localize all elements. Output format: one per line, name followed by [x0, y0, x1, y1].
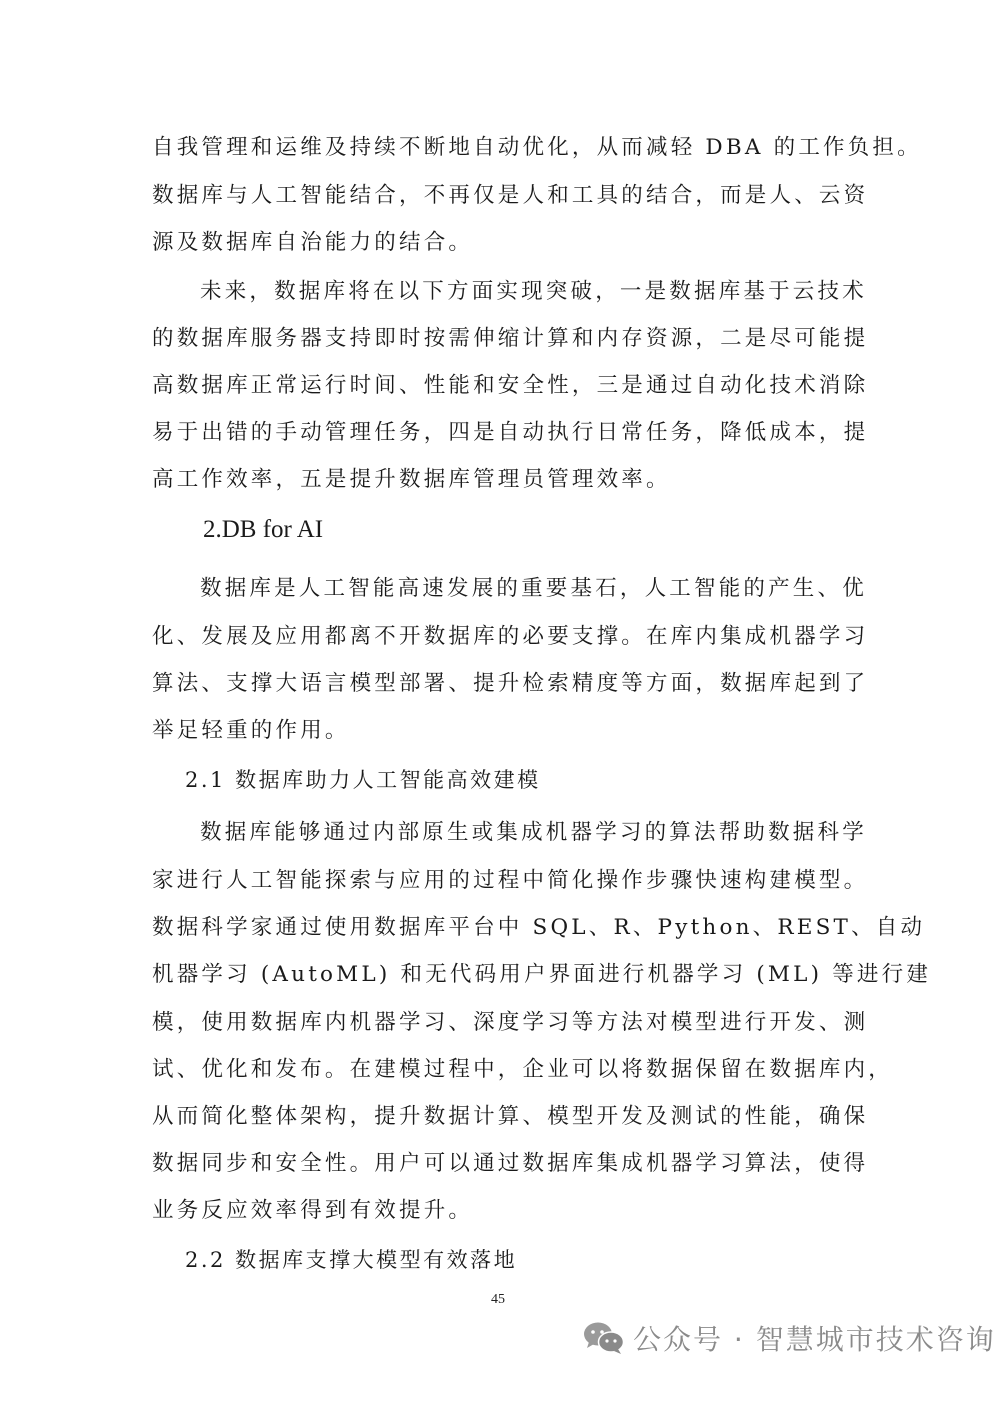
paragraph-line: 举足轻重的作用。 — [152, 716, 872, 746]
paragraph-line: 数据库能够通过内部原生或集成机器学习的算法帮助数据科学 — [200, 818, 920, 848]
subsection-heading: 2.1 数据库助力人工智能高效建模 — [185, 765, 541, 795]
paragraph-line: 数据库是人工智能高速发展的重要基石，人工智能的产生、优 — [200, 574, 920, 604]
paragraph-line: 算法、支撑大语言模型部署、提升检索精度等方面，数据库起到了 — [152, 669, 872, 699]
paragraph-line: 未来，数据库将在以下方面实现突破，一是数据库基于云技术 — [200, 277, 920, 307]
paragraph-line: 的数据库服务器支持即时按需伸缩计算和内存资源，二是尽可能提 — [152, 324, 872, 354]
paragraph-line: 化、发展及应用都离不开数据库的必要支撑。在库内集成机器学习 — [152, 622, 872, 652]
paragraph-line: 数据库与人工智能结合，不再仅是人和工具的结合，而是人、云资 — [152, 181, 872, 211]
wechat-icon — [583, 1320, 625, 1356]
paragraph-line: 试、优化和发布。在建模过程中，企业可以将数据保留在数据库内， — [152, 1055, 872, 1085]
paragraph-line: 机器学习 (AutoML) 和无代码用户界面进行机器学习 (ML) 等进行建 — [152, 960, 872, 990]
watermark-text: 公众号 · 智慧城市技术咨询 — [633, 1318, 996, 1358]
paragraph-line: 自我管理和运维及持续不断地自动优化，从而减轻 DBA 的工作负担。 — [152, 133, 872, 163]
paragraph-line: 易于出错的手动管理任务，四是自动执行日常任务，降低成本，提 — [152, 418, 872, 448]
subsection-heading: 2.2 数据库支撑大模型有效落地 — [185, 1245, 517, 1275]
paragraph-line: 模，使用数据库内机器学习、深度学习等方法对模型进行开发、测 — [152, 1008, 872, 1038]
paragraph-line: 业务反应效率得到有效提升。 — [152, 1196, 872, 1226]
document-page: 自我管理和运维及持续不断地自动优化，从而减轻 DBA 的工作负担。 数据库与人工… — [0, 0, 1000, 1414]
watermark: 公众号 · 智慧城市技术咨询 — [583, 1318, 996, 1358]
page-number: 45 — [491, 1292, 505, 1308]
paragraph-line: 数据同步和安全性。用户可以通过数据库集成机器学习算法，使得 — [152, 1149, 872, 1179]
paragraph-line: 家进行人工智能探索与应用的过程中简化操作步骤快速构建模型。 — [152, 866, 872, 896]
paragraph-line: 高数据库正常运行时间、性能和安全性，三是通过自动化技术消除 — [152, 371, 872, 401]
paragraph-line: 从而简化整体架构，提升数据计算、模型开发及测试的性能，确保 — [152, 1102, 872, 1132]
paragraph-line: 数据科学家通过使用数据库平台中 SQL、R、Python、REST、自动 — [152, 913, 872, 943]
section-heading: 2.DB for AI — [203, 515, 323, 545]
paragraph-line: 高工作效率，五是提升数据库管理员管理效率。 — [152, 465, 872, 495]
paragraph-line: 源及数据库自治能力的结合。 — [152, 228, 872, 258]
